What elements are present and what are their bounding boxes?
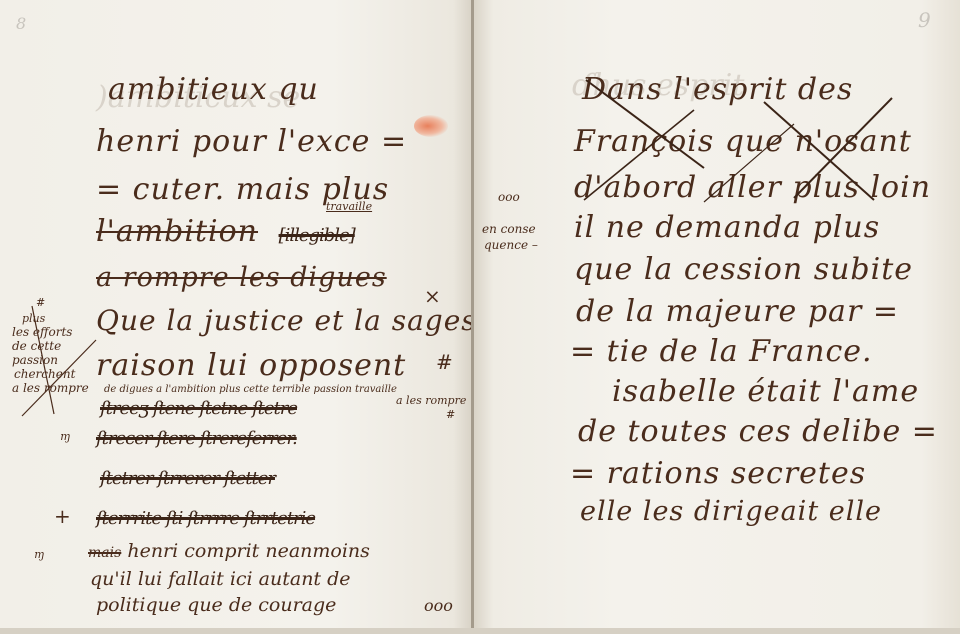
notebook-spread: 8 )ambiticux se ambitieux qu henri pour … [0,0,960,634]
left-line-13: mais henri comprit neanmoins [88,540,370,562]
insertion-travaille: travaille [326,200,372,213]
marker-ooo: ooo [424,596,453,615]
left-page: 8 )ambiticux se ambitieux qu henri pour … [0,0,472,634]
left-line-5: a rompre les digues [96,262,387,293]
right-line-8: isabelle était l'ame [612,374,919,409]
page-bottom-edge [0,628,960,634]
struck-line-1: ſtreeʒ ſtene ſtetne ſtetre [100,398,297,419]
right-page: 9 ɗhus esprit ooo en conse quence – Dans… [474,0,960,634]
struck-word-mais: mais [88,545,121,561]
left-line-6: Que la justice et la sagesse [96,304,510,337]
struck-line-2: ſtrecer ſtere ſtrereferrer. [96,428,297,449]
page-number-right: 9 [918,8,931,32]
hash-marker-2: # [446,408,455,421]
ink-stain [414,115,448,137]
page-number-left: 8 [16,14,26,33]
right-line-9: de toutes ces delibe = [578,414,938,449]
left-line-15: politique que de courage [96,594,336,616]
right-line-5: que la cession subite [574,252,913,287]
left-line-7: raison lui opposent [96,348,406,383]
right-line-10: = rations secretes [570,456,866,491]
margin-plus-mark: + [54,504,71,528]
margin-note-line: quence – [484,238,538,252]
right-line-4: il ne demanda plus [574,210,880,245]
margin-mark-m-2: ɱ [34,548,44,561]
scribbled-word: [illegible] [279,225,355,246]
margin-note-strike-icon [10,300,100,420]
line-text: henri comprit neanmoins [127,540,370,562]
right-line-7: = tie de la France. [570,334,873,369]
left-line-2: henri pour l'exce = [96,124,407,159]
left-line-4: l'ambition [illegible] [96,214,355,249]
struck-word: l'ambition [96,214,258,249]
margin-note-line: en conse [482,222,536,236]
right-line-6: de la majeure par = [576,294,899,329]
struck-line-3: ſtetrer ſtrrerer ſtetter [100,468,275,489]
crossed-out-passage-icon [574,68,904,208]
left-line-1: ambitieux qu [108,72,319,107]
margin-marker-ooo: ooo [498,190,520,204]
right-line-11: elle les dirigeait elle [580,496,882,527]
margin-mark-m: ɱ [60,430,70,443]
interlinear-insertion: de digues a l'ambition plus cette terrib… [104,384,397,395]
hash-marker: # [436,350,453,374]
insertion-les-rompre: a les rompre [396,394,466,407]
left-line-14: qu'il lui fallait ici autant de [90,568,351,590]
struck-line-4: ſterrrite ſti ſtrrrre ſtrrtetrie [96,508,315,529]
